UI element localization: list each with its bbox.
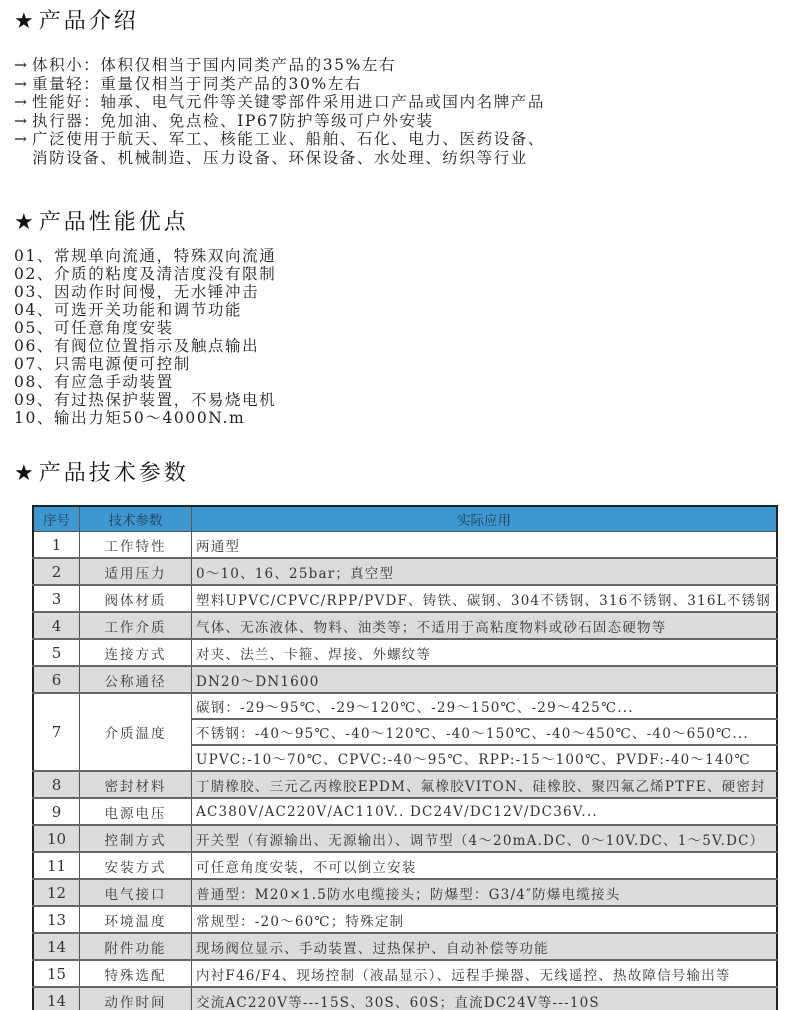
cell-param: 控制方式	[80, 825, 192, 852]
cell-no: 15	[33, 960, 80, 987]
table-row: 7 介质温度 碳钢：-29～95℃、-29～120℃、-29～150℃、-29～…	[33, 693, 777, 719]
cell-param: 动作时间	[80, 987, 192, 1010]
cell-value: UPVC:-10～70℃、CPVC:-40～95℃、RPP:-15～100℃、P…	[192, 745, 778, 771]
arrow-right-icon: →	[14, 130, 32, 149]
table-row: 15 特殊选配 内衬F46/F4、现场控制（液晶显示）、远程手操器、无线遥控、热…	[33, 960, 777, 987]
cell-param: 工作特性	[80, 532, 192, 559]
cell-value: AC380V/AC220V/AC110V.. DC24V/DC12V/DC36V…	[192, 798, 778, 825]
cell-param: 安装方式	[80, 852, 192, 879]
table-header-row: 序号 技术参数 实际应用	[33, 506, 777, 532]
arrow-right-icon: →	[14, 112, 32, 131]
header-no: 序号	[33, 506, 80, 532]
cell-no: 14	[33, 987, 80, 1010]
star-icon: ★	[14, 9, 37, 34]
list-item: →性能好：轴承、电气元件等关键零部件采用进口产品或国内名牌产品	[14, 93, 545, 112]
arrow-right-icon: →	[14, 56, 32, 75]
cell-value: 不锈钢：-40～95℃、-40～120℃、-40～150℃、-40～450℃、-…	[192, 719, 778, 745]
cell-value: 气体、无冻液体、物料、油类等；不适用于高粘度物料或砂石固态硬物等	[192, 612, 778, 639]
cell-no: 6	[33, 666, 80, 693]
cell-no: 12	[33, 879, 80, 906]
cell-value: 交流AC220V等---15S、30S、60S；直流DC24V等---10S	[192, 987, 778, 1010]
cell-value: 两通型	[192, 532, 778, 559]
advantages-list: 01、常规单向流通，特殊双向流通 02、介质的粘度及清洁度没有限制 03、因动作…	[14, 247, 276, 427]
table-row: 14 动作时间 交流AC220V等---15S、30S、60S；直流DC24V等…	[33, 987, 777, 1010]
table-row: 9 电源电压 AC380V/AC220V/AC110V.. DC24V/DC12…	[33, 798, 777, 825]
header-value: 实际应用	[192, 506, 778, 532]
list-item: 02、介质的粘度及清洁度没有限制	[14, 265, 276, 283]
cell-value: 普通型：M20×1.5防水电缆接头；防爆型：G3/4″防爆电缆接头	[192, 879, 778, 906]
section-title-intro: ★产品介绍	[14, 4, 139, 35]
cell-param: 介质温度	[80, 693, 192, 771]
cell-param: 阀体材质	[80, 585, 192, 612]
arrow-right-icon: →	[14, 93, 32, 112]
cell-no: 9	[33, 798, 80, 825]
list-item: 03、因动作时间慢，无水锤冲击	[14, 283, 276, 301]
list-item: →体积小：体积仅相当于国内同类产品的35%左右	[14, 56, 545, 75]
cell-param: 工作介质	[80, 612, 192, 639]
table-row: 1 工作特性 两通型	[33, 532, 777, 559]
table-row: 6 公称通径 DN20～DN1600	[33, 666, 777, 693]
arrow-right-icon: →	[14, 75, 32, 94]
header-param: 技术参数	[80, 506, 192, 532]
cell-param: 特殊选配	[80, 960, 192, 987]
cell-no: 4	[33, 612, 80, 639]
cell-value: 常规型：-20～60℃；特殊定制	[192, 906, 778, 933]
cell-no: 8	[33, 771, 80, 798]
list-item: 09、有过热保护装置，不易烧电机	[14, 391, 276, 409]
cell-param: 电气接口	[80, 879, 192, 906]
cell-param: 环境温度	[80, 906, 192, 933]
list-item: 08、有应急手动装置	[14, 373, 276, 391]
table-row: 12 电气接口 普通型：M20×1.5防水电缆接头；防爆型：G3/4″防爆电缆接…	[33, 879, 777, 906]
list-item: →执行器：免加油、免点检、IP67防护等级可户外安装	[14, 112, 545, 131]
cell-value: 开关型（有源输出、无源输出）、调节型（4～20mA.DC、0～10V.DC、1～…	[192, 825, 778, 852]
cell-value: 可任意角度安装，不可以倒立安装	[192, 852, 778, 879]
list-item: 05、可任意角度安装	[14, 319, 276, 337]
cell-value: 丁腈橡胶、三元乙丙橡胶EPDM、氟橡胶VITON、硅橡胶、聚四氟乙烯PTFE、硬…	[192, 771, 778, 798]
table-row: 5 连接方式 对夹、法兰、卡箍、焊接、外螺纹等	[33, 639, 777, 666]
star-icon: ★	[14, 210, 37, 235]
cell-param: 附件功能	[80, 933, 192, 960]
cell-param: 电源电压	[80, 798, 192, 825]
list-item-continuation: 消防设备、机械制造、压力设备、环保设备、水处理、纺织等行业	[14, 149, 545, 168]
cell-value: 现场阀位显示、手动装置、过热保护、自动补偿等功能	[192, 933, 778, 960]
table-row: 14 附件功能 现场阀位显示、手动装置、过热保护、自动补偿等功能	[33, 933, 777, 960]
cell-no: 14	[33, 933, 80, 960]
cell-value: 碳钢：-29～95℃、-29～120℃、-29～150℃、-29～425℃...	[192, 693, 778, 719]
cell-no: 5	[33, 639, 80, 666]
cell-value: 内衬F46/F4、现场控制（液晶显示）、远程手操器、无线遥控、热故障信号输出等	[192, 960, 778, 987]
list-item: 06、有阀位位置指示及触点输出	[14, 337, 276, 355]
intro-list: →体积小：体积仅相当于国内同类产品的35%左右 →重量轻：重量仅相当于同类产品的…	[14, 56, 545, 167]
section-title-advantages: ★产品性能优点	[14, 205, 189, 236]
cell-no: 2	[33, 558, 80, 585]
cell-value: DN20～DN1600	[192, 666, 778, 693]
cell-value: 塑料UPVC/CPVC/RPP/PVDF、铸铁、碳钢、304不锈钢、316不锈钢…	[192, 585, 778, 612]
cell-param: 连接方式	[80, 639, 192, 666]
list-item: 07、只需电源便可控制	[14, 355, 276, 373]
cell-no: 11	[33, 852, 80, 879]
table-row: 3 阀体材质 塑料UPVC/CPVC/RPP/PVDF、铸铁、碳钢、304不锈钢…	[33, 585, 777, 612]
cell-no: 13	[33, 906, 80, 933]
list-item: 01、常规单向流通，特殊双向流通	[14, 247, 276, 265]
table-row: 11 安装方式 可任意角度安装，不可以倒立安装	[33, 852, 777, 879]
cell-value: 对夹、法兰、卡箍、焊接、外螺纹等	[192, 639, 778, 666]
cell-no: 3	[33, 585, 80, 612]
cell-value: 0～10、16、25bar；真空型	[192, 558, 778, 585]
table-row: 2 适用压力 0～10、16、25bar；真空型	[33, 558, 777, 585]
cell-no: 1	[33, 532, 80, 559]
cell-no: 10	[33, 825, 80, 852]
list-item: 10、输出力矩50～4000N.m	[14, 409, 276, 427]
spec-table: 序号 技术参数 实际应用 1 工作特性 两通型 2 适用压力 0～10、16、2…	[32, 505, 778, 1010]
table-row: 13 环境温度 常规型：-20～60℃；特殊定制	[33, 906, 777, 933]
cell-no: 7	[33, 693, 80, 771]
list-item: →重量轻：重量仅相当于同类产品的30%左右	[14, 75, 545, 94]
cell-param: 适用压力	[80, 558, 192, 585]
section-title-specs: ★产品技术参数	[14, 456, 189, 487]
table-row: 4 工作介质 气体、无冻液体、物料、油类等；不适用于高粘度物料或砂石固态硬物等	[33, 612, 777, 639]
list-item: →广泛使用于航天、军工、核能工业、船舶、石化、电力、医药设备、	[14, 130, 545, 149]
table-row: 8 密封材料 丁腈橡胶、三元乙丙橡胶EPDM、氟橡胶VITON、硅橡胶、聚四氟乙…	[33, 771, 777, 798]
star-icon: ★	[14, 461, 37, 486]
table-row: 10 控制方式 开关型（有源输出、无源输出）、调节型（4～20mA.DC、0～1…	[33, 825, 777, 852]
cell-param: 密封材料	[80, 771, 192, 798]
list-item: 04、可选开关功能和调节功能	[14, 301, 276, 319]
cell-param: 公称通径	[80, 666, 192, 693]
